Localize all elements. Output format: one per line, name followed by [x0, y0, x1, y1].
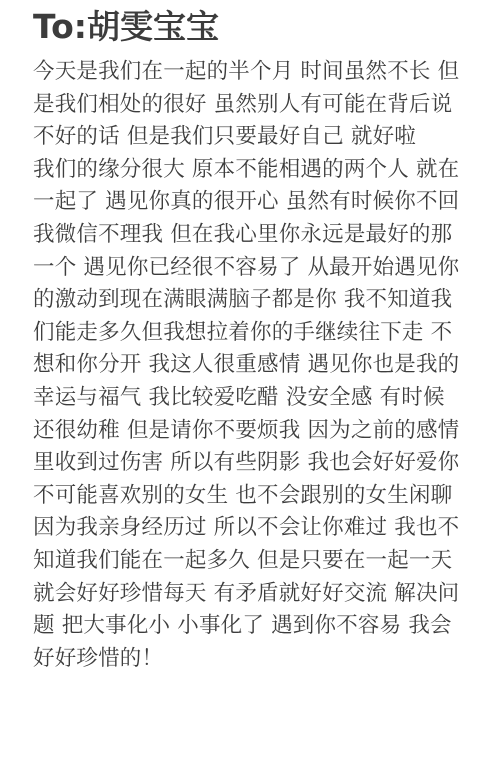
- letter-line: 好好珍惜的！: [33, 643, 473, 676]
- letter-title: To:胡雯宝宝: [33, 0, 473, 50]
- letter-line: 一起了 遇见你真的很开心 虽然有时候你不回: [33, 186, 473, 219]
- letter-line: 幸运与福气 我比较爱吃醋 没安全感 有时候: [33, 382, 473, 415]
- letter-line: 知道我们能在一起多久 但是只要在一起一天: [33, 545, 473, 578]
- letter-line: 里收到过伤害 所以有些阴影 我也会好好爱你: [33, 447, 473, 480]
- letter-line: 就会好好珍惜每天 有矛盾就好好交流 解决问: [33, 578, 473, 611]
- letter-line: 是我们相处的很好 虽然别人有可能在背后说: [33, 89, 473, 122]
- letter-line: 我们的缘分很大 原本不能相遇的两个人 就在: [33, 154, 473, 187]
- letter-line: 还很幼稚 但是请你不要烦我 因为之前的感情: [33, 415, 473, 448]
- letter-line: 不可能喜欢别的女生 也不会跟别的女生闲聊: [33, 480, 473, 513]
- letter-line: 一个 遇见你已经很不容易了 从最开始遇见你: [33, 252, 473, 285]
- letter-line: 今天是我们在一起的半个月 时间虽然不长 但: [33, 56, 473, 89]
- letter-line: 想和你分开 我这人很重感情 遇见你也是我的: [33, 349, 473, 382]
- letter-line: 我微信不理我 但在我心里你永远是最好的那: [33, 219, 473, 252]
- letter-line: 的激动到现在满眼满脑子都是你 我不知道我: [33, 284, 473, 317]
- letter-line: 们能走多久但我想拉着你的手继续往下走 不: [33, 317, 473, 350]
- letter-line: 不好的话 但是我们只要最好自己 就好啦: [33, 121, 473, 154]
- letter-line: 题 把大事化小 小事化了 遇到你不容易 我会: [33, 610, 473, 643]
- letter-body: 今天是我们在一起的半个月 时间虽然不长 但 是我们相处的很好 虽然别人有可能在背…: [33, 56, 473, 675]
- letter-line: 因为我亲身经历过 所以不会让你难过 我也不: [33, 512, 473, 545]
- letter-page: To:胡雯宝宝 今天是我们在一起的半个月 时间虽然不长 但 是我们相处的很好 虽…: [33, 0, 473, 675]
